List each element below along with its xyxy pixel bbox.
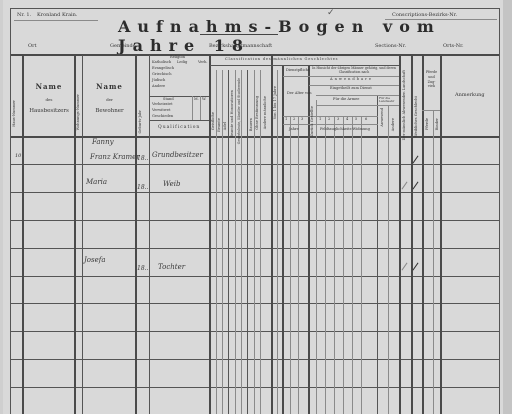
classification-title: Classification des männlichen Geschlecht… (225, 58, 338, 62)
class-col-rule (277, 70, 278, 414)
religion-subcol: Verh. (198, 61, 208, 65)
resident-name-cell[interactable]: Maria (86, 178, 107, 186)
military-title: Dienstpflicht (286, 69, 309, 73)
status-row: Verwitwet (152, 109, 170, 113)
reserve-col-rule (352, 116, 353, 414)
status-row: Geschieden (152, 115, 173, 119)
qualification-cell[interactable]: Weib (163, 180, 181, 188)
class-col-rule (260, 70, 261, 414)
class-col-header: Andere männliche (263, 96, 267, 129)
reserve-col-rule (388, 106, 389, 414)
absent-males-header: Der männlich Abwesenden Landschaft (402, 70, 406, 140)
status-subcol: W. (202, 98, 206, 102)
header-subrule (422, 110, 440, 111)
row-rule (11, 276, 499, 277)
reserve-col-rule (334, 116, 335, 414)
reserve-other-header: Andere (391, 118, 395, 131)
row-rule (11, 303, 499, 304)
row-rule (11, 387, 499, 388)
religion-row: Katholisch (152, 61, 171, 65)
military-col-rule (290, 116, 291, 414)
reserve-present-header: Anwesend (380, 108, 384, 127)
resident-name-cell[interactable]: Franz Kramer (90, 153, 140, 161)
class-col-rule (228, 70, 229, 414)
military-year: 3 (301, 118, 303, 122)
class-col-header: Gewerbsleute, Künstler und Studierende (237, 78, 241, 144)
qualification-cell[interactable]: Grundbesitzer (152, 151, 203, 159)
reserve-sub2: Eingetheilt zum Dienst (330, 87, 372, 91)
reserve-landwehr: Für die Landwehr (379, 97, 399, 104)
cattle-header: Rinder (435, 118, 439, 130)
military-sub: Der Alter von (287, 92, 312, 96)
qualification-header: Qualification (158, 126, 200, 131)
class-col-rule (241, 70, 242, 414)
military-label: Jahre (289, 128, 299, 132)
livestock-col-rule (433, 110, 434, 414)
reserve-year: 1 (319, 118, 321, 122)
col-rule-resident (135, 55, 137, 414)
livestock-header: Pferde und Zug- vieh (424, 70, 439, 89)
class-col-rule (235, 70, 236, 414)
col-rule-birth (149, 55, 150, 414)
military-col-rule (282, 65, 284, 414)
religion-row: Jüdisch (152, 79, 165, 83)
class-col-header: Beamte (217, 118, 221, 132)
reserve-year: 2 (328, 118, 330, 122)
row-rule (11, 192, 499, 193)
row-rule (11, 359, 499, 360)
birth-year-header: Geburts-Jahr (138, 110, 142, 133)
class-col-header: Adel (223, 122, 227, 130)
remarks-col-rule (440, 55, 442, 414)
reserve-title: In Hinsicht der übrigen Männer gehörig, … (311, 67, 397, 75)
reserve-returned-header: Zurück Gestellte (310, 106, 314, 136)
row-rule (11, 248, 499, 249)
status-row: Verheiratet (152, 103, 173, 107)
class-col-header: Beamte und Honoratioren (230, 90, 234, 138)
resident-first-name[interactable]: Fanny (92, 138, 114, 146)
header-bottom-rule (11, 136, 499, 138)
qualification-cell[interactable]: Tochter (158, 263, 185, 271)
military-col-rule (298, 116, 299, 414)
religion-row: Andere (152, 85, 165, 89)
absent-col-rule (399, 55, 401, 414)
female-header: Weibliches Geschlecht (414, 96, 418, 137)
status-subcol: M. (194, 98, 199, 102)
class-col-rule (247, 70, 248, 414)
house-number-cell[interactable]: 10 (15, 154, 21, 159)
col-rule-qualification (209, 55, 211, 414)
remarks-header: Anmerkung (455, 93, 485, 98)
birth-year-cell[interactable]: 18.. (137, 265, 148, 272)
reserve-army: Für die Armee (333, 98, 359, 102)
birth-year-cell[interactable]: 18.. (137, 155, 148, 162)
header-subrule (283, 116, 378, 117)
class-col-header: Von 1 bis 17 Jahre (273, 86, 277, 119)
status-block-rule (150, 120, 209, 121)
reserve-col-rule (343, 116, 344, 414)
reserve-col-rule (377, 96, 378, 414)
military-year: 2 (293, 118, 295, 122)
horses-header: Pferde (425, 118, 429, 130)
religion-subcol: Ledig (177, 61, 187, 65)
page-edge (503, 0, 512, 414)
owner-name-header: Name des Hausbesitzers (24, 82, 74, 114)
reserve-subtitle: Anwendbare (330, 78, 373, 82)
military-year: 1 (285, 118, 287, 122)
class-col-header: Ohne Bestimmung (255, 96, 259, 130)
livestock-col-rule (422, 55, 424, 414)
reserve-year: 4 (346, 118, 348, 122)
reserve-year: 5 (355, 118, 357, 122)
religion-row: Griechisch (152, 73, 172, 77)
header-subrule (283, 124, 378, 125)
header-subrule (316, 105, 399, 106)
birth-year-cell[interactable]: 18.. (137, 184, 148, 191)
reserve-year: 3 (337, 118, 339, 122)
class-col-header: Bauern (249, 118, 253, 131)
female-col-rule (411, 55, 413, 414)
row-rule (11, 331, 499, 332)
reserve-col-rule (361, 116, 362, 414)
reserve-col-rule (325, 116, 326, 414)
reserve-year: 6 (365, 118, 367, 122)
resident-name-cell[interactable]: Josefa (84, 256, 106, 264)
religion-row: Evangelisch (152, 67, 174, 71)
row-rule (11, 164, 499, 165)
reserve-label: Feldtauglichkeits-Widmung (320, 128, 370, 132)
status-subcol-rule (200, 96, 201, 120)
house-number-header: Haus-Nummer (12, 100, 16, 127)
resident-name-header: Name der Bewohner (84, 82, 135, 114)
status-subcol-rule (192, 96, 193, 120)
class-col-header: Geistliche (211, 112, 215, 130)
reserve-col-rule (316, 100, 317, 414)
form-frame (10, 8, 500, 414)
dwelling-number-header: Wohnungs-Nummer (76, 94, 80, 130)
table-top-rule (11, 54, 499, 56)
row-rule (11, 220, 499, 221)
col-rule-dwelling (82, 55, 83, 414)
